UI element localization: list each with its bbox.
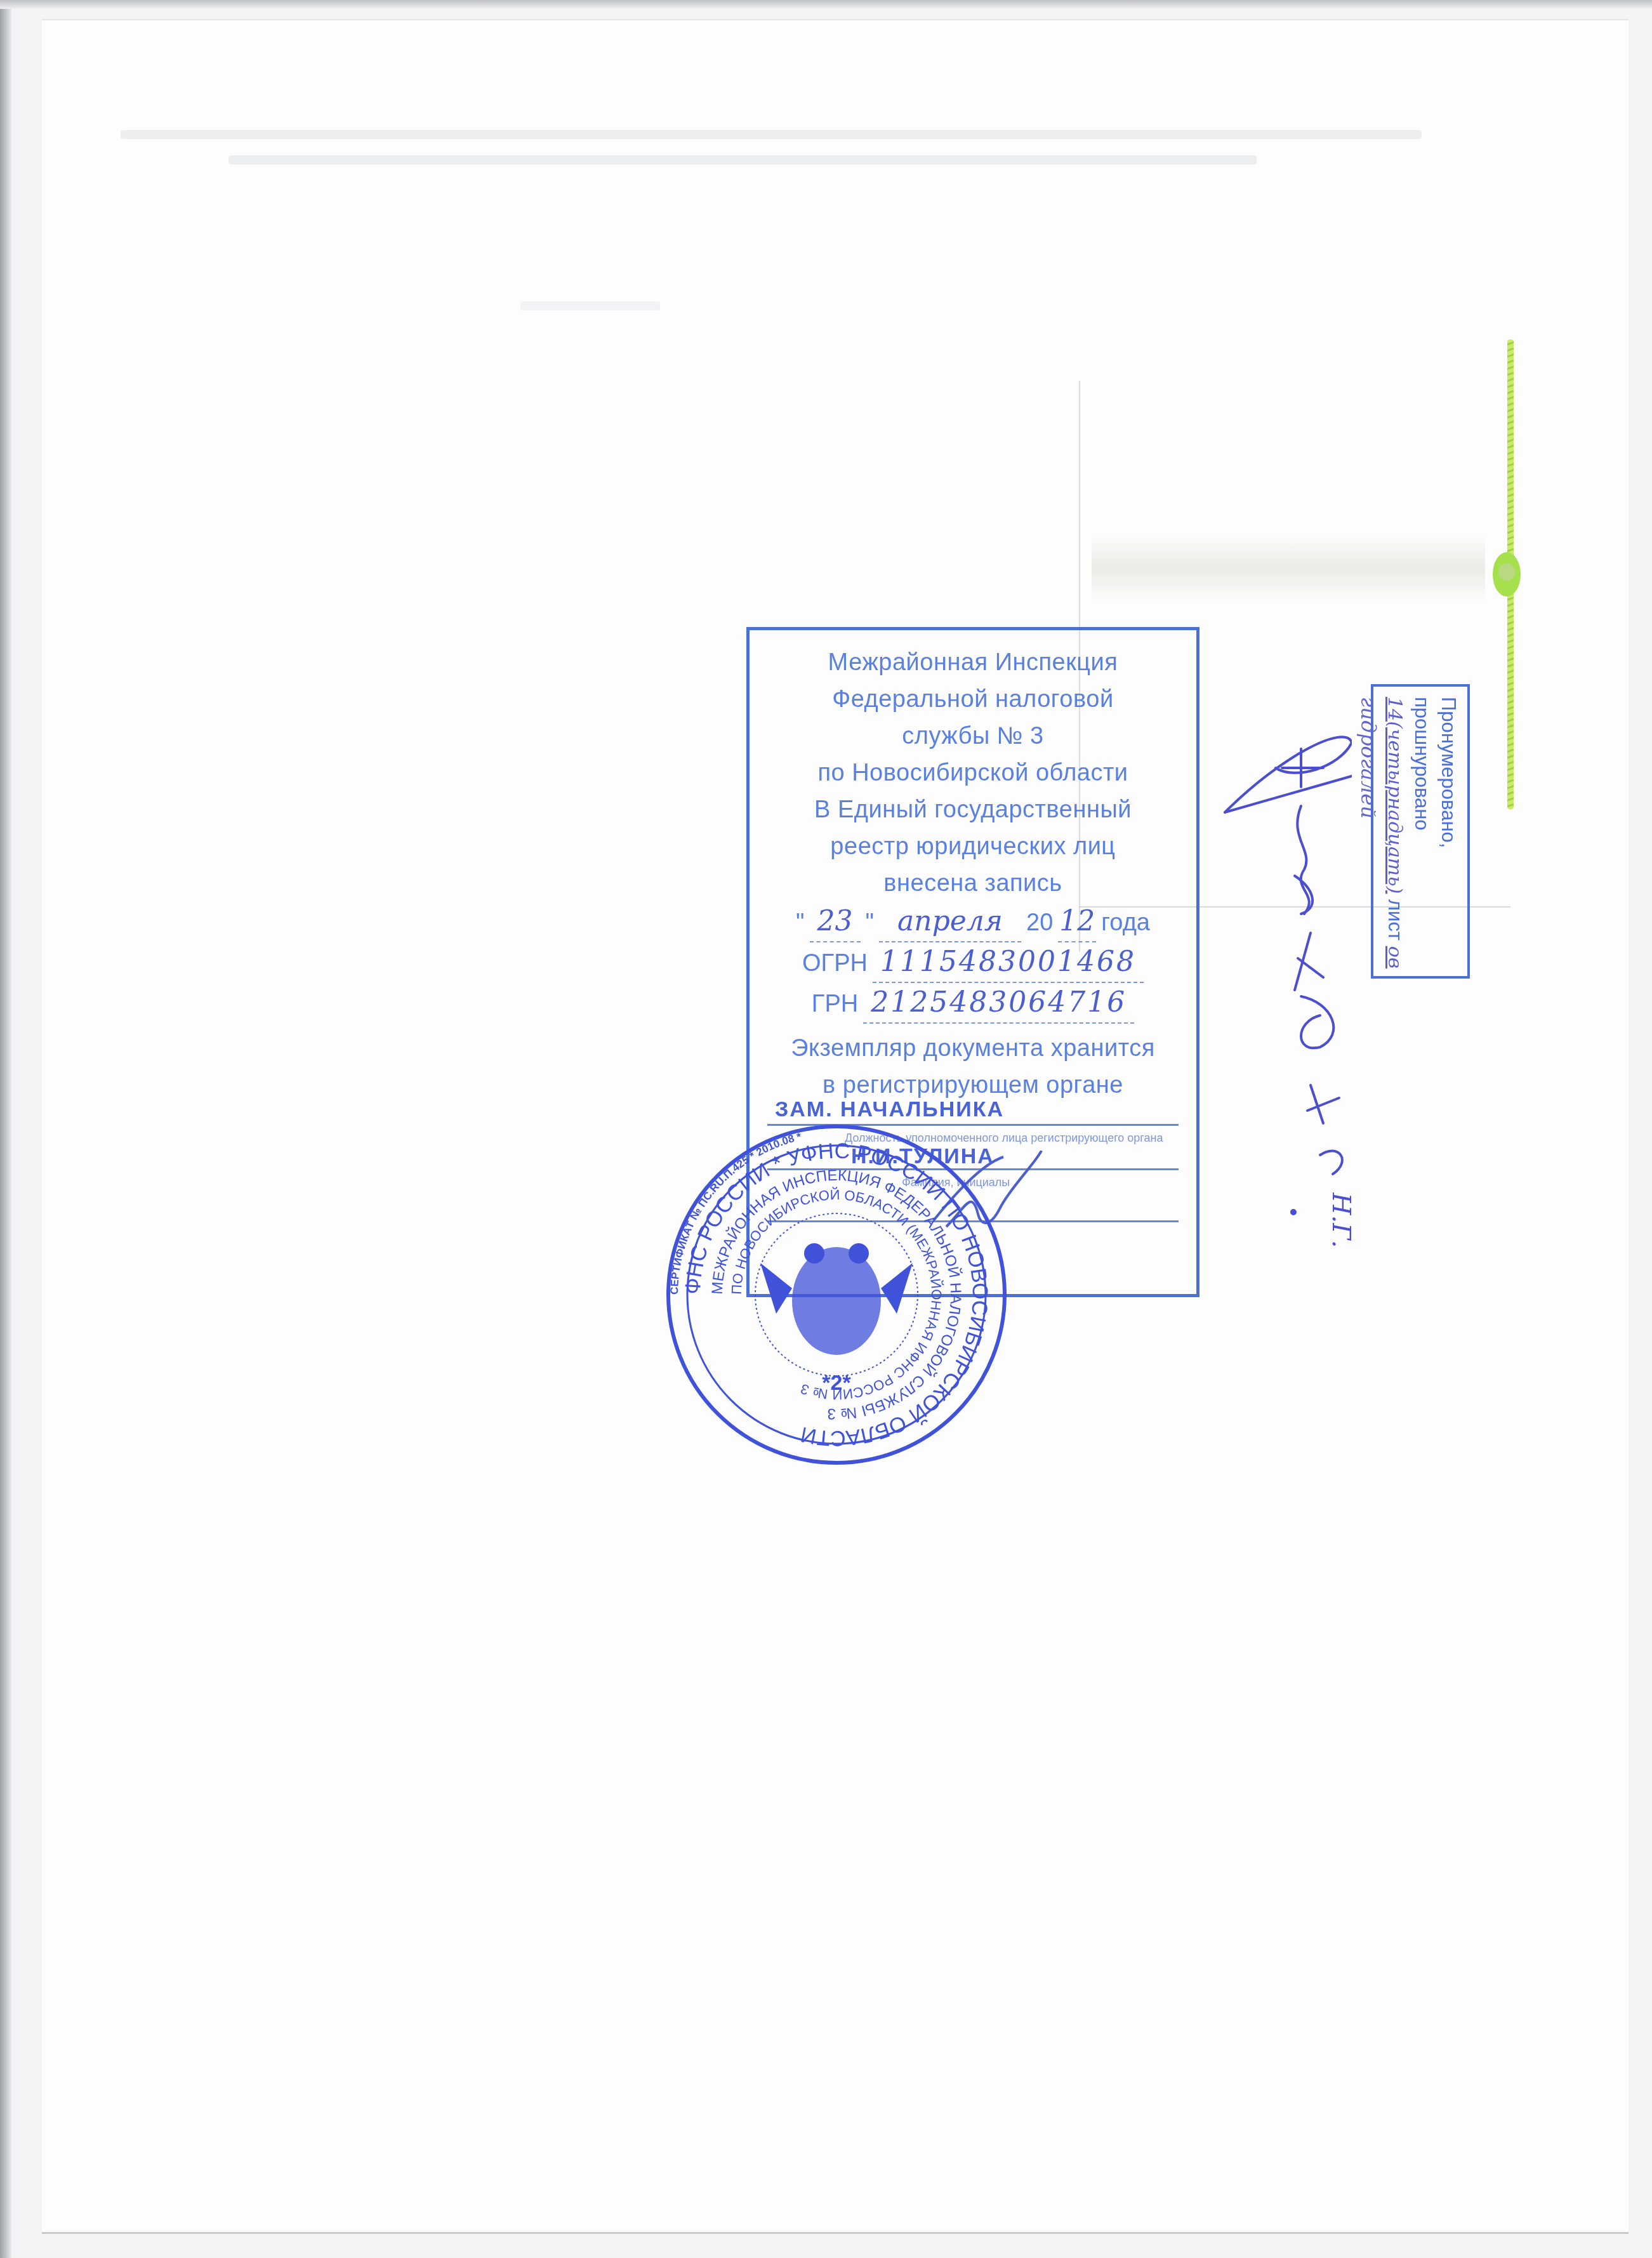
seal-center-mark: *2* bbox=[822, 1371, 851, 1395]
ogrn-row: ОГРН 1115483001468 bbox=[750, 942, 1196, 983]
double-headed-eagle-icon bbox=[760, 1243, 913, 1355]
grn-label: ГРН bbox=[812, 984, 858, 1024]
numbering-stamp-content: Пронумеровано, прошнуровано 14(четырнадц… bbox=[1379, 692, 1462, 971]
position-stamp: ЗАМ. НАЧАЛЬНИКА bbox=[775, 1097, 1004, 1122]
registration-date-row: " 23 " апреля 20 12 года bbox=[750, 902, 1196, 942]
grn-value: 2125483064716 bbox=[863, 983, 1134, 1024]
numbering-handwritten-extra: гидрогалей bbox=[1356, 692, 1381, 971]
stamp-line: реестр юридических лиц bbox=[750, 828, 1196, 865]
numbering-stamp: Пронумеровано, прошнуровано 14(четырнадц… bbox=[1371, 684, 1470, 979]
date-day: 23 bbox=[810, 902, 861, 942]
stamp-line: Федеральной налоговой bbox=[750, 681, 1196, 718]
bleed-through-line bbox=[228, 155, 1257, 164]
signature-initials: Н.Г. bbox=[1326, 1193, 1356, 1248]
storage-note-line: Экземпляр документа хранится bbox=[750, 1030, 1196, 1067]
handwritten-signature bbox=[1187, 717, 1352, 1257]
date-year-suffix: 12 bbox=[1058, 902, 1096, 942]
numbering-count-row: 14(четырнадцать) лист ов bbox=[1381, 692, 1408, 971]
sheets-suffix: ов bbox=[1384, 946, 1406, 969]
bleed-through-line bbox=[121, 130, 1422, 139]
numbering-stamp-title: Пронумеровано, прошнуровано bbox=[1408, 692, 1462, 971]
stamp-line: Межрайонная Инспекция bbox=[750, 644, 1196, 681]
bleed-through-line bbox=[520, 301, 660, 310]
stamp-line: внесена запись bbox=[750, 865, 1196, 902]
ogrn-label: ОГРН bbox=[802, 944, 868, 983]
sheets-word: лист bbox=[1384, 899, 1406, 941]
binding-cord-knot bbox=[1493, 552, 1521, 597]
quote-close: " bbox=[866, 903, 875, 942]
paper-crease bbox=[1092, 533, 1485, 603]
round-official-seal: СЕРТИФИКАТ № ПС.RU.П.425 * 2010.08 * ФНС… bbox=[665, 1123, 1008, 1466]
quote-open: " bbox=[796, 903, 805, 942]
date-year-prefix: 20 bbox=[1026, 903, 1053, 942]
sheet-count-handwritten: 14(четырнадцать) bbox=[1384, 697, 1406, 894]
date-year-word: года bbox=[1101, 903, 1150, 942]
date-month: апреля bbox=[879, 902, 1021, 942]
stamp-line: службы № 3 bbox=[750, 718, 1196, 755]
stamp-line: В Единый государственный bbox=[750, 791, 1196, 828]
ogrn-value: 1115483001468 bbox=[873, 942, 1144, 983]
scan-top-edge bbox=[0, 0, 1652, 9]
grn-row: ГРН 2125483064716 bbox=[750, 983, 1196, 1024]
scan-left-edge bbox=[0, 0, 11, 2258]
stamp-line: по Новосибирской области bbox=[750, 755, 1196, 791]
